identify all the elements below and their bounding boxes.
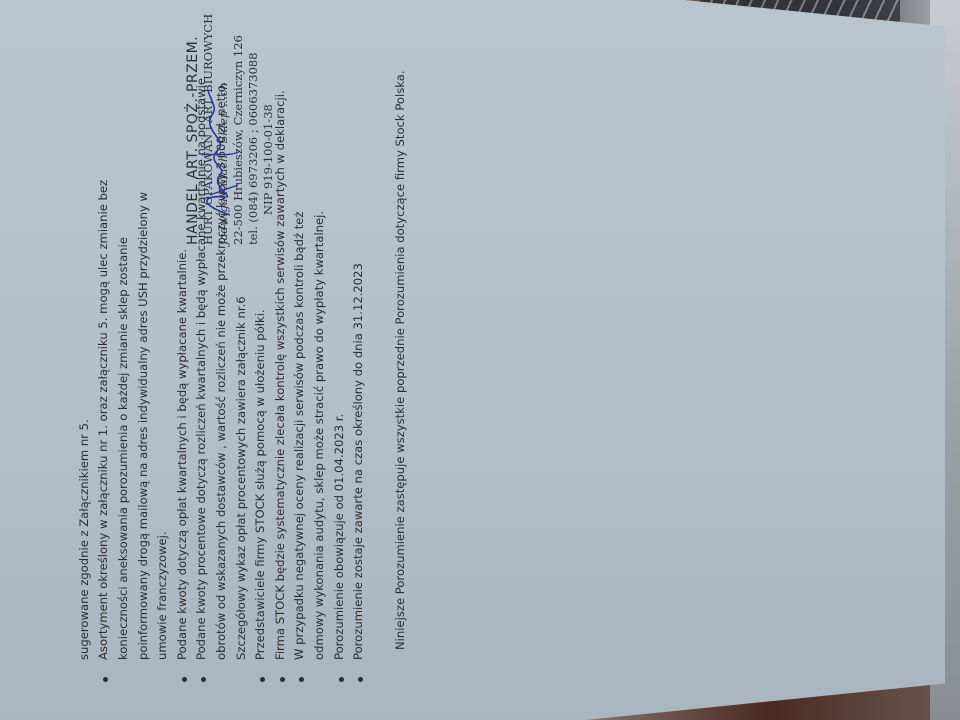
term-line: umowie franczyzowej. (155, 531, 169, 660)
stamp-line-1: HANDEL ART. SPOŻ.-PRZEM. (185, 5, 201, 245)
term-line: odmowy wykonania audytu, sklep może stra… (312, 211, 326, 660)
stamp-line-5: tel. (084) 6973206 ; 0606373088 (246, 5, 261, 245)
term-line: W przypadku negatywnej oceny realizacji … (292, 212, 306, 660)
bullet-icon (103, 677, 108, 682)
document-page: sugerowane zgodnie z Załącznikiem nr 5.A… (75, 90, 495, 690)
bullet-icon (201, 677, 206, 682)
stamp-line-4: 22-500 Hrubieszów, Czerniczyn 126 (231, 5, 246, 245)
term-line: poinformowany drogą mailową na adres ind… (136, 192, 150, 660)
company-stamp: HANDEL ART. SPOŻ.-PRZEM. HURT OPAKOWAŃ i… (185, 5, 276, 245)
stamp-line-3: Jadwiga Kulach - Sklep ...ch (216, 5, 231, 245)
bullet-icon (339, 677, 344, 682)
stamp-line-2: HURT OPAKOWAŃ i ART. BIUROWYCH (201, 5, 216, 245)
term-line: Podane kwoty dotyczą opłat kwartalnych i… (175, 249, 189, 660)
bullet-icon (260, 677, 265, 682)
term-line: Porozumienie obowiązuje od 01.04.2023 r. (332, 414, 346, 660)
term-line: konieczności aneksowania porozumienia o … (116, 237, 130, 660)
bullet-icon (280, 677, 285, 682)
term-line: Przedstawiciele firmy STOCK służą pomocą… (253, 309, 267, 660)
term-line: Szczegółowy wykaz opłat procentowych zaw… (234, 296, 248, 660)
stamp-line-6: NIP 919-100-01-38 (261, 5, 276, 245)
closing-statement: Niniejsze Porozumienie zastępuje wszystk… (393, 70, 407, 650)
term-line: sugerowane zgodnie z Załącznikiem nr 5. (77, 419, 91, 660)
term-line: Asortyment określony w załączniku nr 1. … (96, 180, 110, 660)
term-line: Porozumienie zostaje zawarte na czas okr… (351, 263, 365, 660)
bullet-icon (182, 677, 187, 682)
bullet-icon (358, 677, 363, 682)
bullet-icon (299, 677, 304, 682)
